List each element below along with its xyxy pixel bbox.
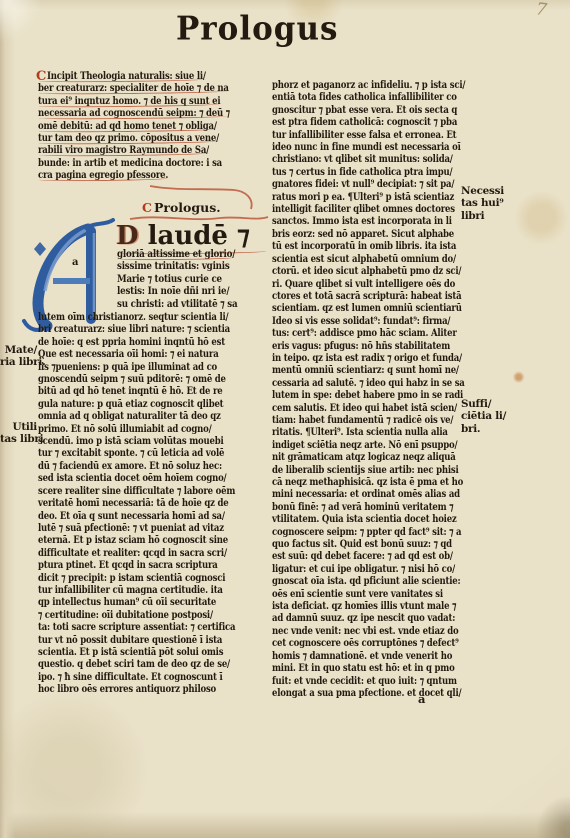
text-line: sed ista scientia docet oēm hoīem cogno/	[38, 472, 268, 484]
text-line: difficultate et realiter: qcqd in sacra …	[38, 547, 268, 559]
text-line: bunde: in artib et medicina doctore: i s…	[38, 157, 268, 169]
text-line: lutem oīm christianorz. seqtur scientia …	[38, 311, 268, 323]
text-line: ptura ptinet. Et qcqd in sacra scriptura	[38, 559, 268, 571]
text-line: questio. q debet sciri tam de deo qz de …	[38, 658, 268, 670]
text-line: omnia ad q obligat naturaliter tā deo qz	[38, 410, 268, 422]
text-line: libri	[461, 210, 504, 222]
text-line: su christi: ad vtilitatē ⁊ sa	[117, 298, 272, 310]
text-line: tū est incorporatū in omib libris. ita i…	[272, 240, 459, 252]
text-line: bri creaturarz: siue libri nature: ⁊ sci…	[38, 323, 268, 335]
text-line: est ptra fidem catholicā: cognoscit ⁊ pb…	[272, 116, 459, 128]
text-line: quo factus sit. Quid est bonū suuz: ⁊ qd	[272, 538, 459, 550]
text-line: ritatis. ¶Ulteri⁹. Ista scientia nulla a…	[272, 426, 459, 438]
text-line: sissime trinitatis: vginis	[117, 260, 272, 272]
text-line: cem salutis. Et ideo qui habet istā scie…	[272, 402, 459, 414]
text-line: ta: toti sacre scripture assentiat: ⁊ ce…	[38, 621, 268, 633]
text-line: gula nature: p quā etiaz cognoscit qlibe…	[38, 398, 268, 410]
text-line: necessaria ad cognoscendū seipm: ⁊ deū ⁊	[38, 107, 230, 119]
text-line: ria libri.	[0, 356, 37, 368]
text-line: ipo. ⁊ ħ sine difficultate. Et cognoscun…	[38, 671, 268, 683]
text-line: homis ⁊ damnationē. et vnde venerit ho	[272, 650, 459, 662]
text-line: Utili	[0, 421, 37, 433]
text-line: Suffi/	[461, 398, 506, 410]
text-line: cā neqz methaphisicā. qz ista ē pma et h…	[272, 476, 459, 488]
text-line: ad damnū suuz. qz ipe nescit quo vadat:	[272, 612, 459, 624]
text-line: in teipo. qz ista est radix ⁊ origo et f…	[272, 352, 459, 364]
text-line: oēs enī scientie sunt vere vanitates si	[272, 588, 459, 600]
text-line: bris eorz: sed nō apparet. Sicut alphabe	[272, 228, 459, 240]
text-line: gnoscendū seipm ⁊ suū pditorē: ⁊ omē de	[38, 373, 268, 385]
text-line: tas libri	[0, 433, 37, 445]
text-line: bonū finē: ⁊ ad verā hominū veritatem ⁊	[272, 501, 459, 513]
text-line: cra pagina egregio pfessore.	[38, 169, 168, 181]
text-line: ctorū. et ideo sicut alphabetū pmo dz sc…	[272, 265, 459, 277]
signature-mark: a	[418, 692, 425, 706]
text-line: scientia est sicut alphabetū omnium do/	[272, 253, 459, 265]
margin-note-utilitas-libri: Utilitas libri	[0, 421, 37, 446]
left-column: lutem oīm christianorz. seqtur scientia …	[38, 311, 268, 696]
text-line: ber creaturarz: specialiter de hoīe ⁊ de…	[38, 82, 229, 94]
text-line: mini necessaria: et ordinat omēs alias a…	[272, 488, 459, 500]
opening-text: laudē ⁊	[139, 221, 250, 251]
text-line: est suū: qd debet facere: ⁊ ad qd est ob…	[272, 550, 459, 562]
text-line: Ideo si vis esse solidat⁹: fundat⁹: firm…	[272, 315, 459, 327]
text-line: dū ⁊ faciendū ex amore. Et nō soluz hec:	[38, 460, 268, 472]
rubricated-letter-D: D	[116, 221, 139, 251]
folio-number: 7	[535, 0, 548, 21]
prologue-wrapped-lines: gloriā altissime et glorio/sissime trini…	[117, 248, 272, 310]
text-line: scientia. Et p istā scientiā pōt solui o…	[38, 646, 268, 658]
text-line: omē debitū: ad qd homo tenet ⁊ obliga/	[38, 120, 217, 132]
text-line: cessaria ad salutē. ⁊ ideo qui habz in s…	[272, 377, 459, 389]
text-line: de liberalib scientijs siue artib: nec p…	[272, 464, 459, 476]
text-line: tus ⁊ certus in fide catholica ptra impu…	[272, 166, 459, 178]
text-line: ciētia li/	[461, 410, 506, 422]
text-line: entiā tota fides catholica infallibilite…	[272, 91, 459, 103]
text-line: veritatē homī necessariā: tā de hoīe qz …	[38, 497, 268, 509]
text-line: intelligit faciliter qlibet omnes doctor…	[272, 203, 459, 215]
text-line: gloriā altissime et glorio/	[117, 248, 235, 260]
incipit-paragraph: Incipit Theologia naturalis: siue li/ber…	[38, 70, 268, 182]
text-line: ctores et totā sacrā scripturā: habeat i…	[272, 290, 459, 302]
text-line: cognoscere seipm: ⁊ ppter qd fact⁹ sit: …	[272, 526, 459, 538]
text-line: tas hui⁹	[461, 197, 504, 209]
text-line: tus: cert⁹: addisce pmo hāc sciam. Alite…	[272, 327, 459, 339]
text-line: mentū omniū scientiarz: q sunt homī ne/	[272, 364, 459, 376]
text-line: tur infallibiliter cū magna certitudie. …	[38, 584, 268, 596]
page-title: Prologus	[176, 10, 338, 48]
text-line: gnatores fidei: vt null⁹ decipiat: ⁊ sit…	[272, 178, 459, 190]
text-line: tur tam deo qz primo. cōpositus a vene/	[38, 132, 219, 144]
text-line: scere realiter sine difficultate ⁊ labor…	[38, 485, 268, 497]
text-line: lutem in spe: debet habere pmo in se rad…	[272, 389, 459, 401]
margin-note-materia-libri: Mate/ria libri.	[0, 344, 37, 369]
text-line: Incipit Theologia naturalis: siue li/	[38, 70, 206, 82]
text-line: phorz et paganorz ac infideliu. ⁊ p ista…	[272, 79, 459, 91]
text-line: scendū. imo p istā sciam volūtas mouebi	[38, 435, 268, 447]
text-line: hoc libro oēs errores antiquorz philoso	[38, 683, 268, 695]
text-line: lestis: In noīe dñi nri ie/	[117, 285, 272, 297]
text-line: tiam: habet fundamentū ⁊ radicē ois ve/	[272, 414, 459, 426]
text-line: christiano: vt qlibet sit munitus: solid…	[272, 153, 459, 165]
text-line: de hoīe: q est ppria homini inqntū hō es…	[38, 336, 268, 348]
text-line: Necessi	[461, 185, 504, 197]
text-line: tur infallibiliter esse falsa et erronea…	[272, 129, 459, 141]
text-line: Marie ⁊ totius curie ce	[117, 273, 272, 285]
text-line: Que est necessaria oīi homi: ⁊ ei natura	[38, 348, 268, 360]
text-line: gnoscat oīa ista. qd pficiunt alie scien…	[272, 575, 459, 587]
text-line: scientiam. qz est lumen omniū scientiarū	[272, 302, 459, 314]
text-line: lutē ⁊ suā pfectionē: ⁊ vt pueniat ad vi…	[38, 522, 268, 534]
text-line: lis ⁊pueniens: p quā ipe illuminat ad co	[38, 361, 268, 373]
text-line: primo. Et nō solū illumiabit ad cogno/	[38, 423, 268, 435]
text-line: indiget sciētia neqz arte. Nō enī psuppo…	[272, 439, 459, 451]
guide-letter: a	[72, 257, 78, 268]
text-line: ideo nunc in fine mundi est necessaria o…	[272, 141, 459, 153]
text-line: tura ei⁹ inqntuz homo. ⁊ de his q sunt e…	[38, 95, 220, 107]
text-line: vtilitatem. Quia ista scientia docet hoi…	[272, 513, 459, 525]
text-line: bitū ad qd hō tenet inqntū ē hō. Et de r…	[38, 385, 268, 397]
text-line: dicit ⁊ precipit: p istam scientiā cogno…	[38, 572, 268, 584]
text-line: gnoscitur ⁊ pbat esse vera. Et ois secta…	[272, 104, 459, 116]
text-line: qp intellectus human⁹ cū oīi securitate	[38, 596, 268, 608]
margin-note-necessitas-libri: Necessitas hui⁹libri	[461, 185, 504, 222]
text-line: ⁊ certitudine: oīi dubitatione postposi/	[38, 609, 268, 621]
right-column: phorz et paganorz ac infideliu. ⁊ p ista…	[272, 79, 459, 699]
opening-words: D laudē ⁊	[116, 221, 250, 251]
text-line: bri.	[461, 423, 506, 435]
text-line: eris vagus: pfugus: nō hñs stabilitatem	[272, 340, 459, 352]
text-line: cet cognoscere oēs corruptōnes ⁊ defect⁹	[272, 637, 459, 649]
text-line: tur ⁊ excitabit sponte. ⁊ cū leticia ad …	[38, 447, 268, 459]
text-line: eternā. Et p istaz sciam hō cognoscit si…	[38, 534, 268, 546]
text-line: elongat a sua pma pfectione. et docet ql…	[272, 687, 459, 699]
text-line: mini. Et in quo statu est hō: et in q pm…	[272, 662, 459, 674]
book-page: Prologus 7 Mate/ria libri. Utilitas libr…	[0, 0, 570, 838]
text-line: deo. Et oīa q sunt necessaria homī ad sa…	[38, 510, 268, 522]
text-line: ista deficiat. qz homīes illis vtunt mal…	[272, 600, 459, 612]
text-line: ri. Quare qlibet si vult intelligere oēs…	[272, 278, 459, 290]
text-line: nit grāmaticam atqz logicaz neqz aliquā	[272, 451, 459, 463]
text-line: tur vt nō possit dubitare questionē ī is…	[38, 634, 268, 646]
margin-note-sufficientia-libri: Suffi/ciētia li/bri.	[461, 398, 506, 435]
text-line: ratus mori p ea. ¶Ulteri⁹ p istā scienti…	[272, 191, 459, 203]
text-line: Mate/	[0, 344, 37, 356]
text-line: ligatur: et cui ipe obligatur. ⁊ nisi hō…	[272, 563, 459, 575]
text-line: nec vnde venit: nec vbi est. vnde etiaz …	[272, 625, 459, 637]
text-line: rabili viro magistro Raymundo de Sa/	[38, 144, 209, 156]
text-line: sanctos. Immo ista est incorporata in li	[272, 215, 459, 227]
text-line: fuit: et vnde cecidit: et quo iuit: ⁊ qn…	[272, 675, 459, 687]
